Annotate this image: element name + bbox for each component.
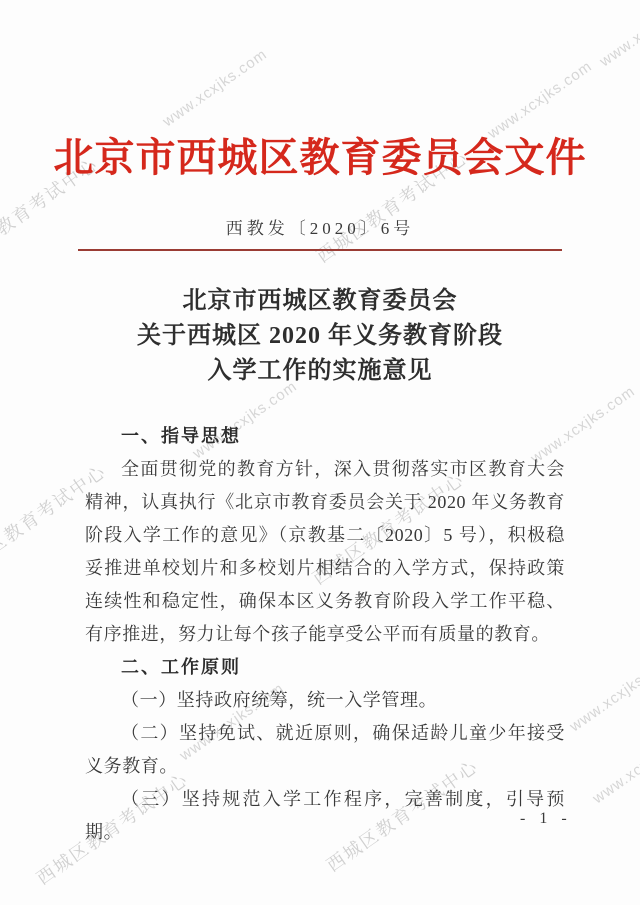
section-2-item-3: （三）坚持规范入学工作程序，完善制度，引导预期。 [85,783,565,849]
page-number: - 1 - [520,810,572,828]
document-number: 西教发〔2020〕6号 [0,214,640,239]
document-body: 北京市西城区教育委员会文件 西教发〔2020〕6号 北京市西城区教育委员会 关于… [0,0,640,905]
section-2-item-1: （一）坚持政府统筹，统一入学管理。 [85,684,565,717]
document-title: 北京市西城区教育委员会 关于西城区 2020 年义务教育阶段 入学工作的实施意见 [0,284,640,389]
red-divider [78,249,562,251]
section-heading-1: 一、指导思想 [85,420,565,453]
section-2-item-2: （二）坚持免试、就近原则，确保适龄儿童少年接受义务教育。 [85,717,565,783]
document-title-line-1: 北京市西城区教育委员会 [0,284,640,319]
document-title-line-3: 入学工作的实施意见 [0,354,640,389]
document-title-line-2: 关于西城区 2020 年义务教育阶段 [0,319,640,354]
section-heading-2: 二、工作原则 [85,651,565,684]
document-page: { "page": { "header_title": "北京市西城区教育委员会… [0,0,640,905]
section-1-paragraph: 全面贯彻党的教育方针，深入贯彻落实市区教育大会精神，认真执行《北京市教育委员会关… [85,453,565,651]
document-content: 一、指导思想 全面贯彻党的教育方针，深入贯彻落实市区教育大会精神，认真执行《北京… [85,420,565,849]
document-header-title: 北京市西城区教育委员会文件 [0,126,640,183]
